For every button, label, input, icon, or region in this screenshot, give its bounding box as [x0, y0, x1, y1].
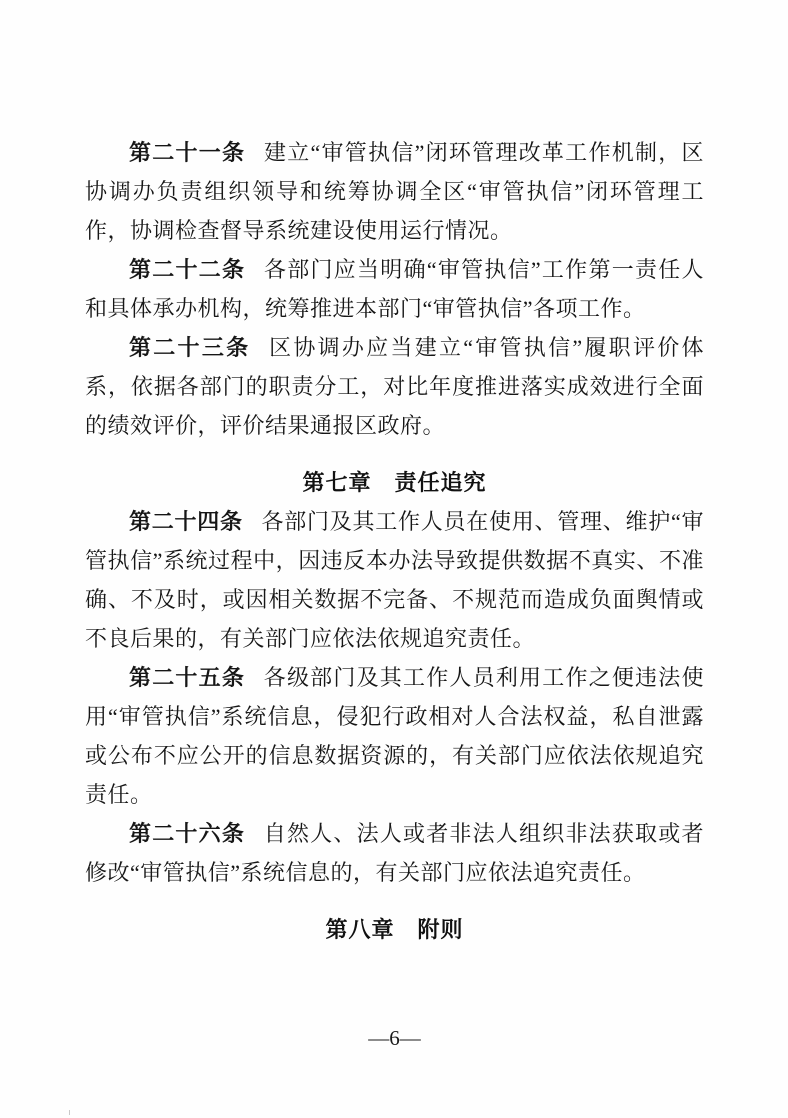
article-24-number: 第二十四条: [129, 509, 243, 534]
article-26-number: 第二十六条: [129, 821, 245, 846]
chapter-8-heading: 第八章 附则: [85, 910, 704, 949]
chapter-7-heading: 第七章 责任追究: [85, 463, 704, 502]
article-26: 第二十六条自然人、法人或者非法人组织非法获取或者修改“审管执信”系统信息的，有关…: [85, 814, 704, 892]
article-25-number: 第二十五条: [129, 665, 245, 690]
article-23-number: 第二十三条: [129, 335, 250, 360]
article-24: 第二十四条各部门及其工作人员在使用、管理、维护“审管执信”系统过程中，因违反本办…: [85, 502, 704, 658]
article-22-number: 第二十二条: [129, 257, 245, 282]
scan-artifact: [69, 1110, 70, 1115]
article-22: 第二十二条各部门应当明确“审管执信”工作第一责任人和具体承办机构，统筹推进本部门…: [85, 250, 704, 328]
article-25: 第二十五条各级部门及其工作人员利用工作之便违法使用“审管执信”系统信息，侵犯行政…: [85, 658, 704, 814]
article-23: 第二十三条区协调办应当建立“审管执信”履职评价体系，依据各部门的职责分工，对比年…: [85, 328, 704, 445]
article-21-number: 第二十一条: [129, 140, 245, 165]
article-21: 第二十一条建立“审管执信”闭环管理改革工作机制，区协调办负责组织领导和统筹协调全…: [85, 133, 704, 250]
document-page: 第二十一条建立“审管执信”闭环管理改革工作机制，区协调办负责组织领导和统筹协调全…: [0, 0, 788, 1118]
page-number: —6—: [85, 1019, 704, 1058]
